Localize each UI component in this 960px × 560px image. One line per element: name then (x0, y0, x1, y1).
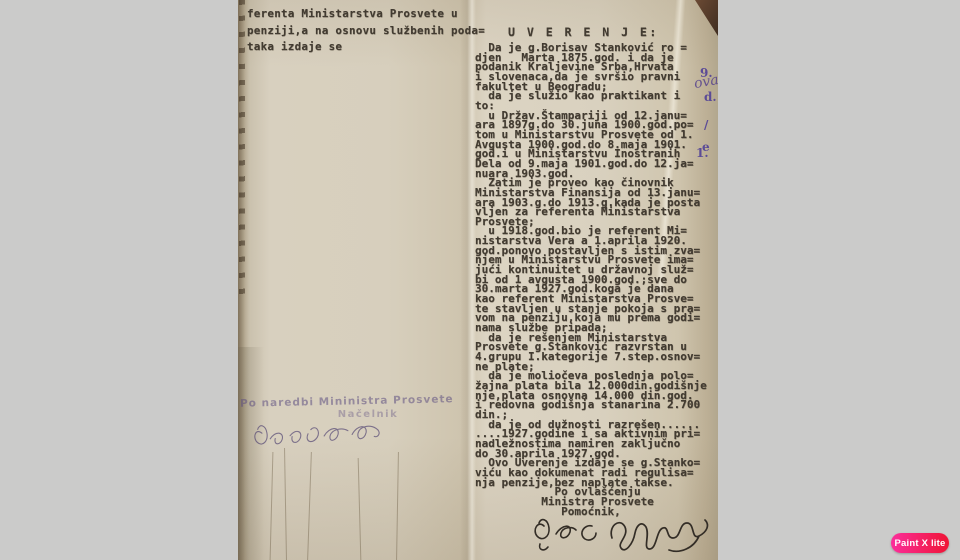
binding-stitch-marks (239, 0, 245, 300)
paintx-watermark-badge: Paint X lite (891, 533, 949, 553)
canvas-background: ferenta Ministarstva Prosvete u penziji,… (0, 0, 960, 560)
margin-handwriting: ova (693, 72, 718, 92)
document-title: U V E R E N J E: (508, 25, 659, 39)
margin-note: d. (704, 90, 717, 104)
paper-crease (358, 458, 362, 560)
carryover-paragraph: ferenta Ministarstva Prosvete u penziji,… (247, 6, 485, 56)
paper-crease (396, 452, 399, 560)
margin-note: / (704, 118, 708, 132)
document-photo: ferenta Ministarstva Prosvete u penziji,… (238, 0, 718, 560)
document-body-text: Da je g.Borisav Stanković ro = djen Mart… (475, 43, 707, 516)
page-fold-gutter (460, 0, 476, 560)
paintx-watermark-label: Paint X lite (895, 538, 946, 549)
margin-note: 1. (696, 146, 709, 160)
paper-crease (284, 448, 287, 560)
official-signature-handwriting (528, 504, 718, 558)
table-background-corner (695, 0, 718, 36)
stamp-signature-handwriting (247, 408, 399, 458)
paper-crease (307, 452, 312, 560)
paper-crease (270, 452, 274, 560)
